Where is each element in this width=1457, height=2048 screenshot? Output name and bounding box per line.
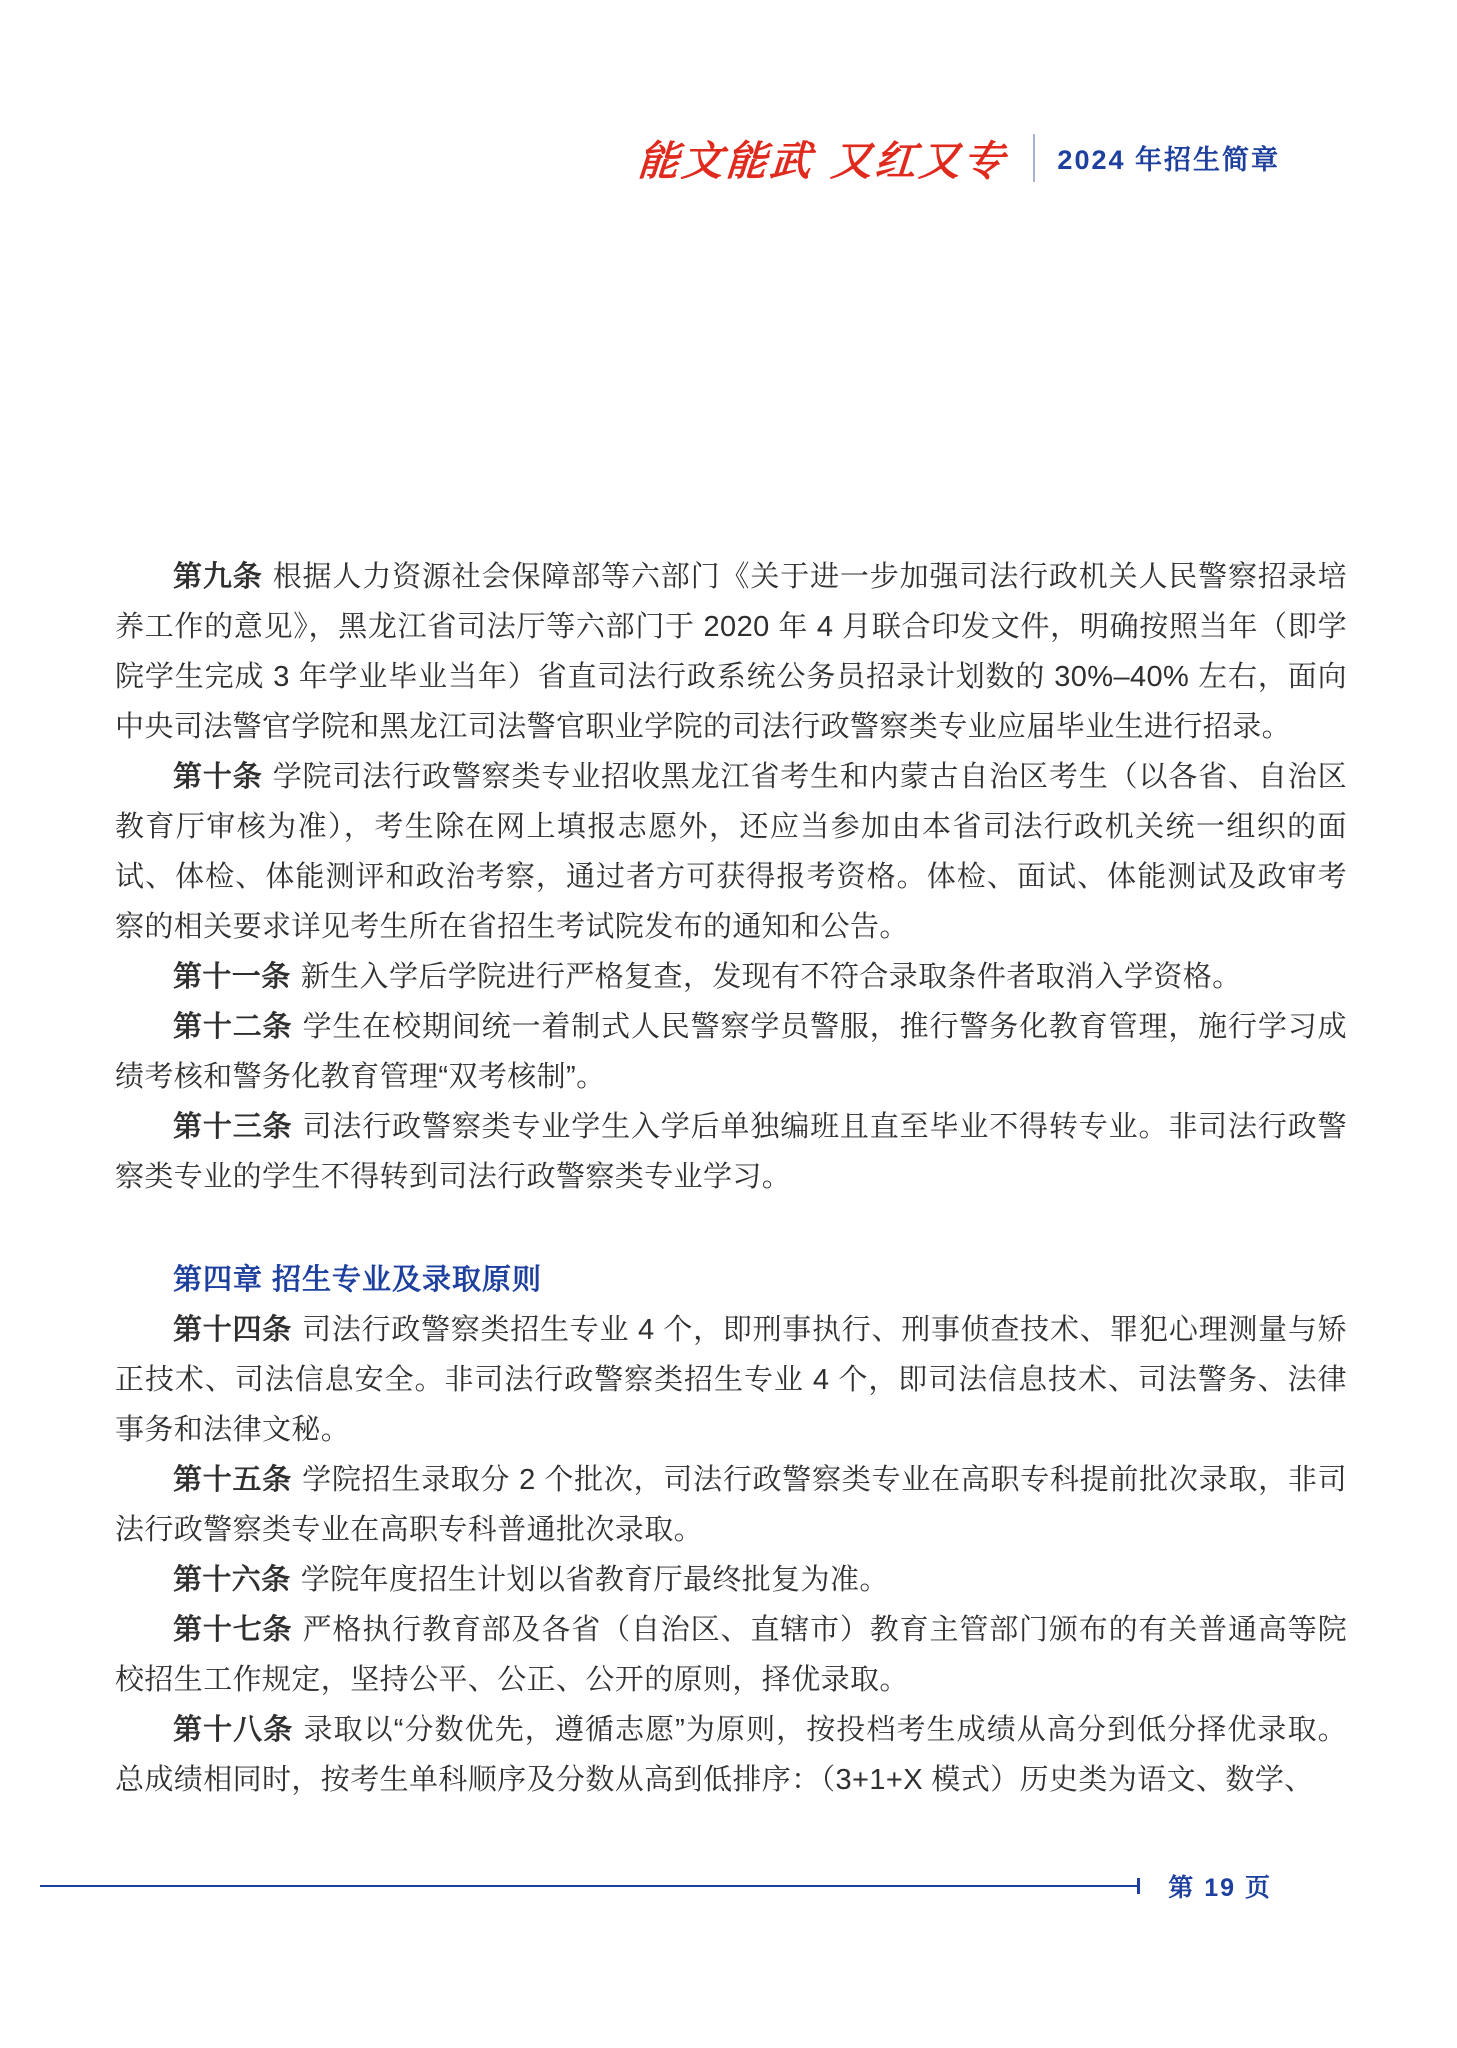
page-number: 第 19 页 <box>1168 1868 1272 1904</box>
header-divider <box>1033 134 1035 182</box>
page-footer: 第 19 页 <box>40 1868 1272 1904</box>
article-paragraph-11: 第十一条新生入学后学院进行严格复查，发现有不符合录取条件者取消入学资格。 <box>115 952 1347 1002</box>
header-edition-title: 2024 年招生简章 <box>1057 138 1280 177</box>
article-paragraph-12: 第十二条学生在校期间统一着制式人民警察学员警服，推行警务化教育管理，施行学习成绩… <box>115 1002 1347 1102</box>
slogan-calligraphy: 能文能武 又红又专 <box>636 128 1009 187</box>
article-number: 第十八条 <box>173 1714 293 1746</box>
article-number: 第十条 <box>173 761 263 793</box>
article-text: 学院招生录取分 2 个批次，司法行政警察类专业在高职专科提前批次录取，非司法行政… <box>115 1464 1347 1546</box>
article-number: 第十一条 <box>173 961 291 993</box>
article-text: 根据人力资源社会保障部等六部门《关于进一步加强司法行政机关人民警察招录培养工作的… <box>115 561 1347 743</box>
article-number: 第十二条 <box>173 1011 292 1043</box>
article-text: 学院司法行政警察类专业招收黑龙江省考生和内蒙古自治区考生（以各省、自治区教育厅审… <box>115 761 1347 943</box>
article-number: 第九条 <box>173 561 263 593</box>
article-number: 第十七条 <box>173 1614 292 1646</box>
article-text: 司法行政警察类专业学生入学后单独编班且直至毕业不得转专业。非司法行政警察类专业的… <box>115 1111 1347 1193</box>
article-text: 司法行政警察类招生专业 4 个，即刑事执行、刑事侦查技术、罪犯心理测量与矫正技术… <box>115 1314 1347 1446</box>
article-number: 第十三条 <box>173 1111 292 1143</box>
article-paragraph-18: 第十八条录取以“分数优先，遵循志愿”为原则，按投档考生成绩从高分到低分择优录取。… <box>115 1705 1347 1805</box>
article-text: 学生在校期间统一着制式人民警察学员警服，推行警务化教育管理，施行学习成绩考核和警… <box>115 1011 1347 1093</box>
footer-rule-tick <box>1137 1878 1140 1894</box>
article-paragraph-13: 第十三条司法行政警察类专业学生入学后单独编班且直至毕业不得转专业。非司法行政警察… <box>115 1102 1347 1202</box>
article-paragraph-14: 第十四条司法行政警察类招生专业 4 个，即刑事执行、刑事侦查技术、罪犯心理测量与… <box>115 1305 1347 1455</box>
article-text: 新生入学后学院进行严格复查，发现有不符合录取条件者取消入学资格。 <box>301 961 1242 993</box>
article-paragraph-15: 第十五条学院招生录取分 2 个批次，司法行政警察类专业在高职专科提前批次录取，非… <box>115 1455 1347 1555</box>
article-paragraph-9: 第九条根据人力资源社会保障部等六部门《关于进一步加强司法行政机关人民警察招录培养… <box>115 552 1347 752</box>
chapter-heading: 第四章 招生专业及录取原则 <box>115 1255 1347 1305</box>
article-text: 录取以“分数优先，遵循志愿”为原则，按投档考生成绩从高分到低分择优录取。总成绩相… <box>115 1714 1347 1796</box>
article-number: 第十四条 <box>173 1314 292 1346</box>
document-page: 能文能武 又红又专 2024 年招生简章 第九条根据人力资源社会保障部等六部门《… <box>0 0 1457 2048</box>
article-number: 第十五条 <box>173 1464 292 1496</box>
article-number: 第十六条 <box>173 1564 291 1596</box>
article-paragraph-16: 第十六条学院年度招生计划以省教育厅最终批复为准。 <box>115 1555 1347 1605</box>
article-paragraph-10: 第十条学院司法行政警察类专业招收黑龙江省考生和内蒙古自治区考生（以各省、自治区教… <box>115 752 1347 952</box>
article-text: 学院年度招生计划以省教育厅最终批复为准。 <box>301 1564 889 1596</box>
article-text: 严格执行教育部及各省（自治区、直辖市）教育主管部门颁布的有关普通高等院校招生工作… <box>115 1614 1347 1696</box>
article-paragraph-17: 第十七条严格执行教育部及各省（自治区、直辖市）教育主管部门颁布的有关普通高等院校… <box>115 1605 1347 1705</box>
document-body: 第九条根据人力资源社会保障部等六部门《关于进一步加强司法行政机关人民警察招录培养… <box>115 552 1347 1805</box>
page-header: 能文能武 又红又专 2024 年招生简章 <box>638 128 1280 187</box>
footer-rule <box>40 1885 1137 1887</box>
